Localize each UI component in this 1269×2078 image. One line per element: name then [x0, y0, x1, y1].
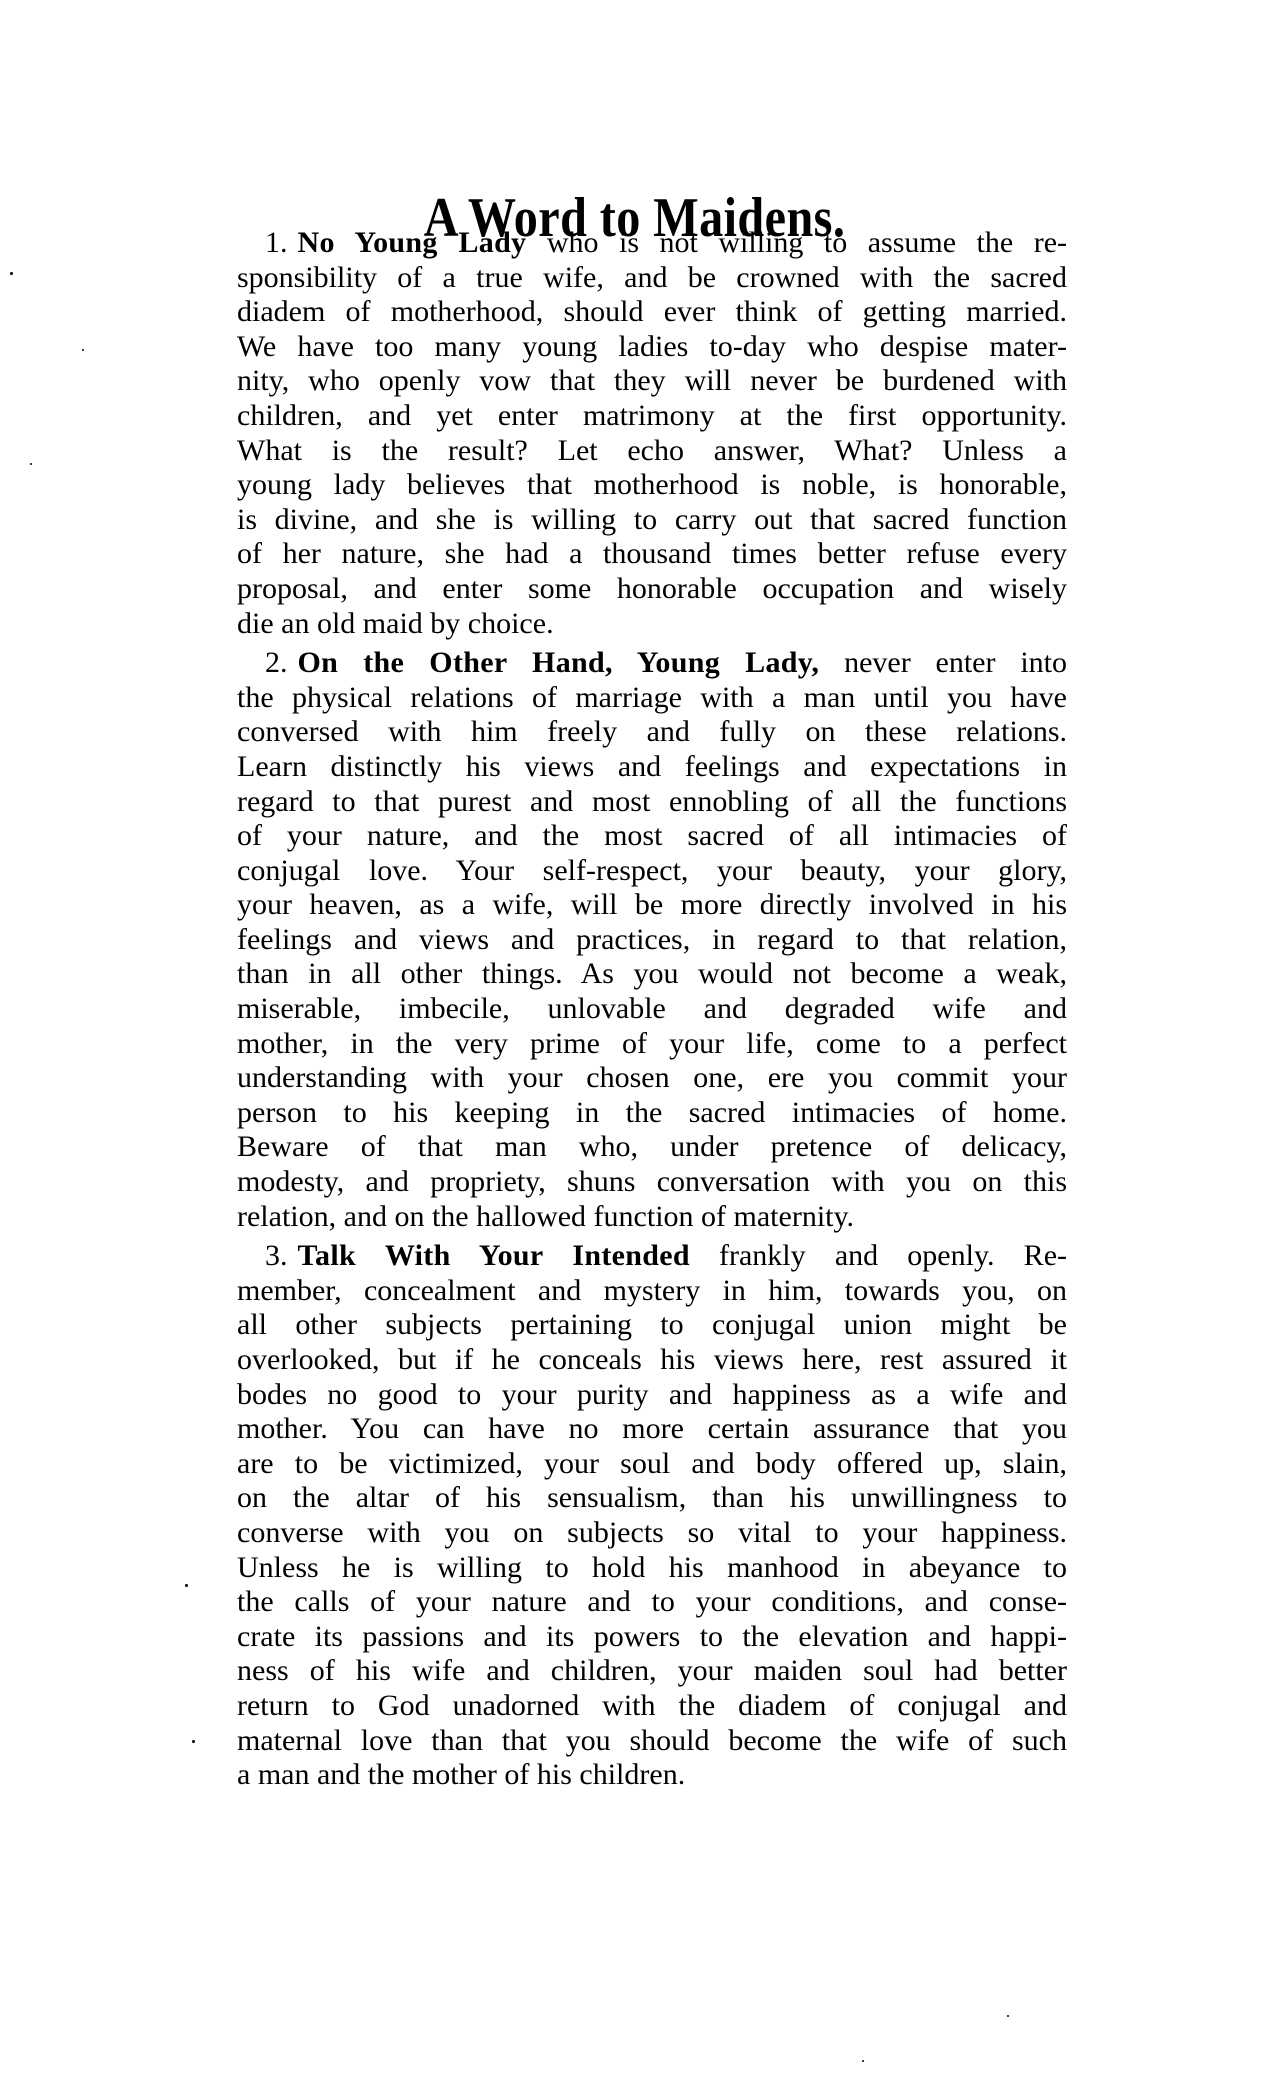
first-line-rest: frankly and openly. Re- [719, 1239, 1067, 1272]
text-line: mother. You can have no more certain ass… [237, 1412, 1067, 1447]
text-line: relation, and on the hallowed function o… [237, 1200, 1067, 1235]
text-line: We have too many young ladies to-day who… [237, 330, 1067, 365]
text-line: converse with you on subjects so vital t… [237, 1516, 1067, 1551]
text-line: Learn distinctly his views and feelings … [237, 750, 1067, 785]
text-line: are to be victimized, your soul and body… [237, 1447, 1067, 1482]
book-page: A Word to Maidens. 1.No Young Lady who i… [0, 0, 1269, 2078]
paragraph-2: 2.On the Other Hand, Young Lady, never e… [237, 646, 1067, 1234]
text-line: nity, who openly vow that they will neve… [237, 364, 1067, 399]
section-number: 2. [265, 646, 288, 679]
text-line: person to his keeping in the sacred inti… [237, 1096, 1067, 1131]
first-line-rest: never enter into [844, 646, 1067, 679]
scan-speck [82, 349, 84, 351]
text-line: diadem of motherhood, should ever think … [237, 295, 1067, 330]
paragraph-2-first-line: 2.On the Other Hand, Young Lady, never e… [237, 646, 1067, 681]
section-number: 3. [265, 1239, 288, 1272]
text-line: modesty, and propriety, shuns conversati… [237, 1165, 1067, 1200]
body-text: 1.No Young Lady who is not willing to as… [237, 226, 1067, 1793]
section-lead: On the Other Hand, Young Lady, [298, 646, 820, 679]
first-line-rest: who is not willing to assume the re- [547, 226, 1067, 259]
text-line: children, and yet enter matrimony at the… [237, 399, 1067, 434]
text-line: ness of his wife and children, your maid… [237, 1654, 1067, 1689]
text-line: on the altar of his sensualism, than his… [237, 1481, 1067, 1516]
section-lead: Talk With Your Intended [298, 1239, 690, 1272]
text-line: the calls of your nature and to your con… [237, 1585, 1067, 1620]
text-line: mother, in the very prime of your life, … [237, 1027, 1067, 1062]
text-line: conversed with him freely and fully on t… [237, 715, 1067, 750]
text-line: is divine, and she is willing to carry o… [237, 503, 1067, 538]
text-line: Beware of that man who, under pretence o… [237, 1130, 1067, 1165]
paragraph-3-first-line: 3.Talk With Your Intended frankly and op… [237, 1239, 1067, 1274]
text-line: crate its passions and its powers to the… [237, 1620, 1067, 1655]
scan-speck [10, 272, 13, 275]
paragraph-1: 1.No Young Lady who is not willing to as… [237, 226, 1067, 641]
text-line: conjugal love. Your self-respect, your b… [237, 854, 1067, 889]
text-line: than in all other things. As you would n… [237, 957, 1067, 992]
scan-speck [1007, 2015, 1009, 2017]
text-line: regard to that purest and most ennobling… [237, 785, 1067, 820]
text-line: bodes no good to your purity and happine… [237, 1378, 1067, 1413]
text-line: overlooked, but if he conceals his views… [237, 1343, 1067, 1378]
text-line: What is the result? Let echo answer, Wha… [237, 434, 1067, 469]
scan-speck [862, 2060, 864, 2062]
text-line: all other subjects pertaining to conjuga… [237, 1308, 1067, 1343]
text-line: of her nature, she had a thousand times … [237, 537, 1067, 572]
text-line: your heaven, as a wife, will be more dir… [237, 888, 1067, 923]
paragraph-1-first-line: 1.No Young Lady who is not willing to as… [237, 226, 1067, 261]
text-line: of your nature, and the most sacred of a… [237, 819, 1067, 854]
scan-speck [192, 1740, 195, 1743]
text-line: maternal love than that you should becom… [237, 1724, 1067, 1759]
scan-speck [30, 463, 32, 465]
text-line: return to God unadorned with the diadem … [237, 1689, 1067, 1724]
text-line: proposal, and enter some honorable occup… [237, 572, 1067, 607]
text-line: miserable, imbecile, unlovable and degra… [237, 992, 1067, 1027]
text-line: Unless he is willing to hold his manhood… [237, 1551, 1067, 1586]
scan-speck [185, 1584, 188, 1587]
section-number: 1. [265, 226, 288, 259]
text-line: understanding with your chosen one, ere … [237, 1061, 1067, 1096]
text-line: a man and the mother of his children. [237, 1758, 1067, 1793]
text-line: sponsibility of a true wife, and be crow… [237, 261, 1067, 296]
text-line: feelings and views and practices, in reg… [237, 923, 1067, 958]
paragraph-3: 3.Talk With Your Intended frankly and op… [237, 1239, 1067, 1793]
text-line: die an old maid by choice. [237, 607, 1067, 642]
text-line: the physical relations of marriage with … [237, 681, 1067, 716]
text-line: member, concealment and mystery in him, … [237, 1274, 1067, 1309]
section-lead: No Young Lady [298, 226, 527, 259]
text-line: young lady believes that motherhood is n… [237, 468, 1067, 503]
